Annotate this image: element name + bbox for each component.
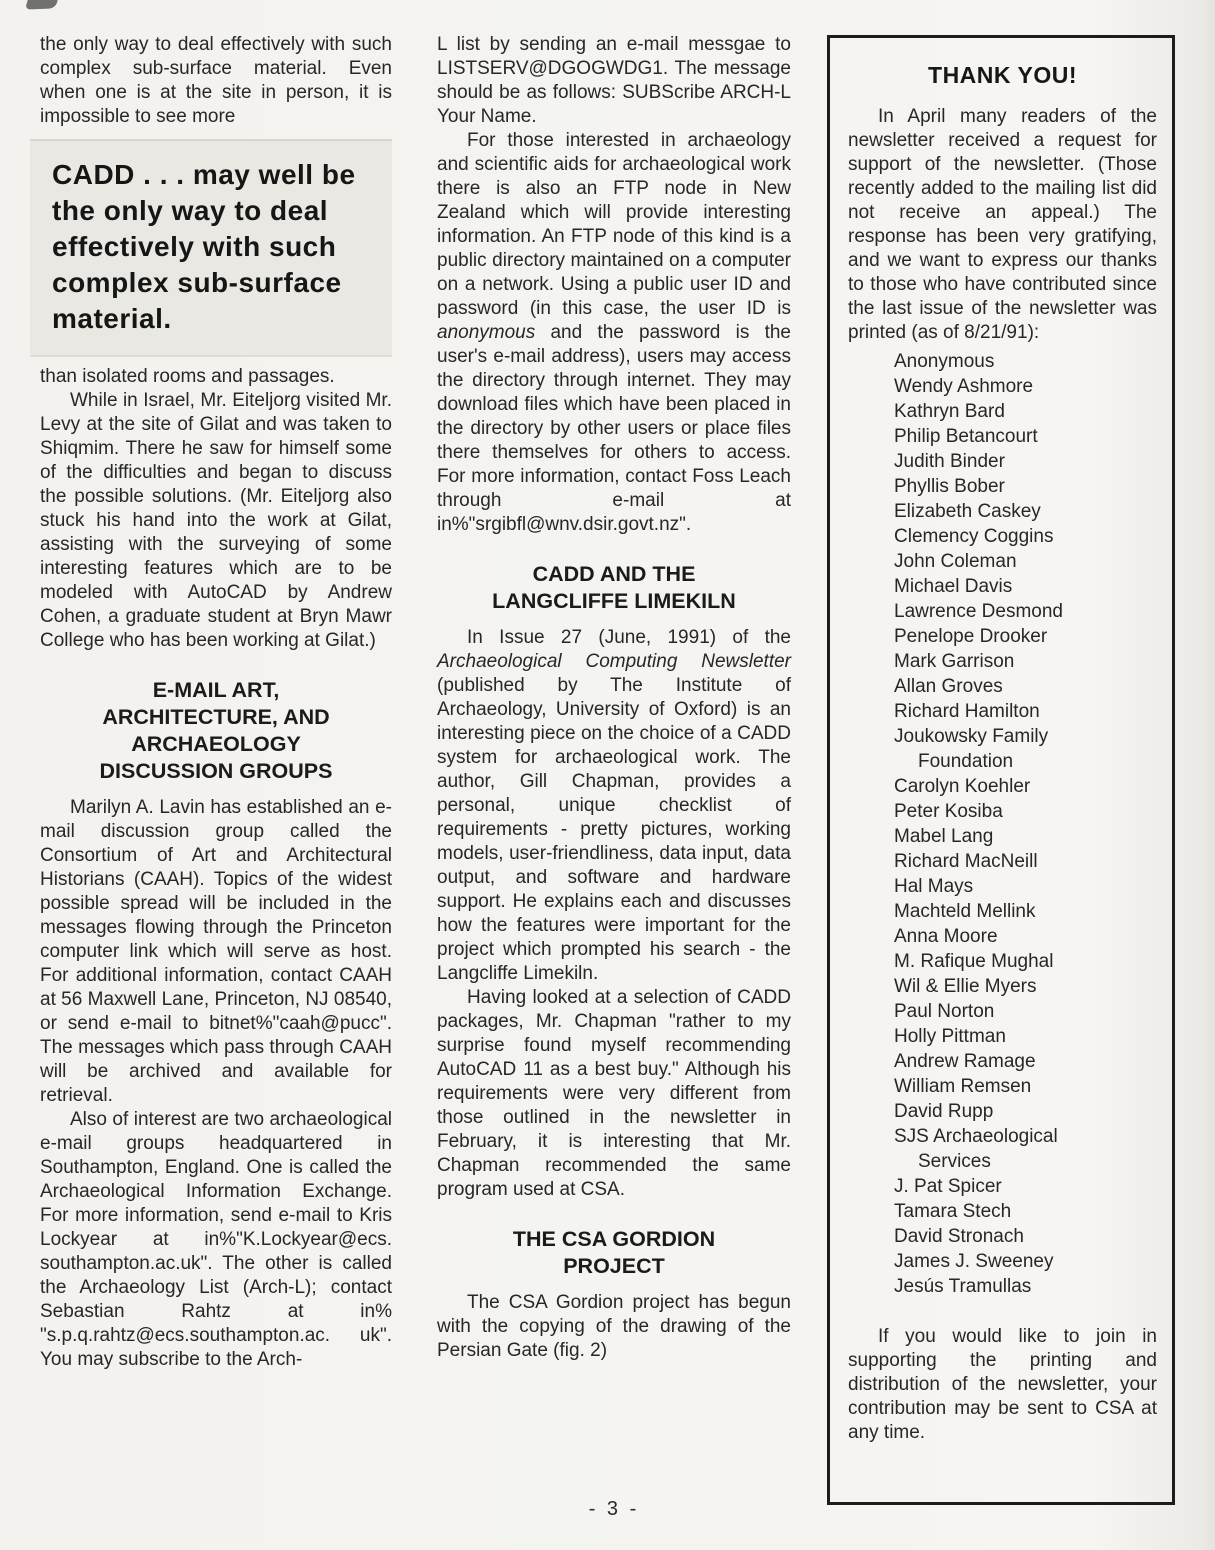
- section-heading-csa-gordion: THE CSA GORDIONPROJECT: [443, 1226, 785, 1280]
- contributor-name: SJS Archaeological: [894, 1124, 1157, 1149]
- scan-artifact: [25, 0, 59, 10]
- paragraph: The CSA Gordion project has begun with t…: [437, 1291, 791, 1363]
- thank-you-closing: If you would like to join in supporting …: [848, 1325, 1157, 1445]
- contributor-name: Joukowsky Family: [894, 724, 1157, 749]
- thank-you-title: THANK YOU!: [848, 62, 1157, 89]
- paragraph: Also of interest are two archaeological …: [40, 1108, 392, 1372]
- contributor-name: John Coleman: [894, 549, 1157, 574]
- contributor-name: Foundation: [894, 749, 1157, 774]
- contributor-name: Anonymous: [894, 349, 1157, 374]
- thank-you-intro: In April many readers of the newsletter …: [848, 105, 1157, 345]
- contributor-name: Philip Betancourt: [894, 424, 1157, 449]
- contributor-name: Paul Norton: [894, 999, 1157, 1024]
- thank-you-box: THANK YOU! In April many readers of the …: [827, 35, 1175, 1505]
- contributor-name: Lawrence Desmond: [894, 599, 1157, 624]
- contributor-name: Andrew Ramage: [894, 1049, 1157, 1074]
- contributor-name: Mark Garrison: [894, 649, 1157, 674]
- contributor-name: Tamara Stech: [894, 1199, 1157, 1224]
- contributor-name: Jesús Tramullas: [894, 1274, 1157, 1299]
- contributor-name: David Stronach: [894, 1224, 1157, 1249]
- contributor-list: AnonymousWendy AshmoreKathryn BardPhilip…: [894, 349, 1157, 1299]
- contributor-name: Judith Binder: [894, 449, 1157, 474]
- contributor-name: Anna Moore: [894, 924, 1157, 949]
- paragraph: Having looked at a selection of CADD pac…: [437, 986, 791, 1202]
- contributor-name: Services: [894, 1149, 1157, 1174]
- paragraph: While in Israel, Mr. Eiteljorg visited M…: [40, 389, 392, 653]
- contributor-name: Richard MacNeill: [894, 849, 1157, 874]
- contributor-name: J. Pat Spicer: [894, 1174, 1157, 1199]
- contributor-name: Michael Davis: [894, 574, 1157, 599]
- section-heading-email-discussion-groups: E-MAIL ART,ARCHITECTURE, ANDARCHAEOLOGYD…: [46, 677, 386, 785]
- contributor-name: Penelope Drooker: [894, 624, 1157, 649]
- newsletter-page: the only way to deal effectively with su…: [0, 0, 1215, 1550]
- contributor-name: William Remsen: [894, 1074, 1157, 1099]
- contributor-name: Holly Pittman: [894, 1024, 1157, 1049]
- pull-quote: CADD . . . may well be the only way to d…: [30, 141, 392, 355]
- middle-column: L list by sending an e-mail messgae to L…: [437, 33, 791, 1363]
- contributor-name: Kathryn Bard: [894, 399, 1157, 424]
- section-heading-cadd-langcliffe: CADD AND THELANGCLIFFE LIMEKILN: [443, 561, 785, 615]
- contributor-name: Richard Hamilton: [894, 699, 1157, 724]
- contributor-name: Phyllis Bober: [894, 474, 1157, 499]
- paragraph-continued: L list by sending an e-mail messgae to L…: [437, 33, 791, 129]
- paragraph: than isolated rooms and passages.: [40, 365, 392, 389]
- paragraph: Marilyn A. Lavin has established an e-ma…: [40, 796, 392, 1108]
- contributor-name: Carolyn Koehler: [894, 774, 1157, 799]
- paragraph-continued: the only way to deal effectively with su…: [40, 33, 392, 129]
- contributor-name: Clemency Coggins: [894, 524, 1157, 549]
- contributor-name: Hal Mays: [894, 874, 1157, 899]
- contributor-name: Wendy Ashmore: [894, 374, 1157, 399]
- contributor-name: Wil & Ellie Myers: [894, 974, 1157, 999]
- contributor-name: M. Rafique Mughal: [894, 949, 1157, 974]
- contributor-name: James J. Sweeney: [894, 1249, 1157, 1274]
- page-number: - 3 -: [437, 1498, 791, 1521]
- contributor-name: Elizabeth Caskey: [894, 499, 1157, 524]
- paragraph: In Issue 27 (June, 1991) of the Archaeol…: [437, 626, 791, 986]
- contributor-name: Machteld Mellink: [894, 899, 1157, 924]
- contributor-name: David Rupp: [894, 1099, 1157, 1124]
- left-column: the only way to deal effectively with su…: [40, 33, 392, 1372]
- contributor-name: Mabel Lang: [894, 824, 1157, 849]
- contributor-name: Peter Kosiba: [894, 799, 1157, 824]
- paragraph: For those interested in archaeology and …: [437, 129, 791, 537]
- contributor-name: Allan Groves: [894, 674, 1157, 699]
